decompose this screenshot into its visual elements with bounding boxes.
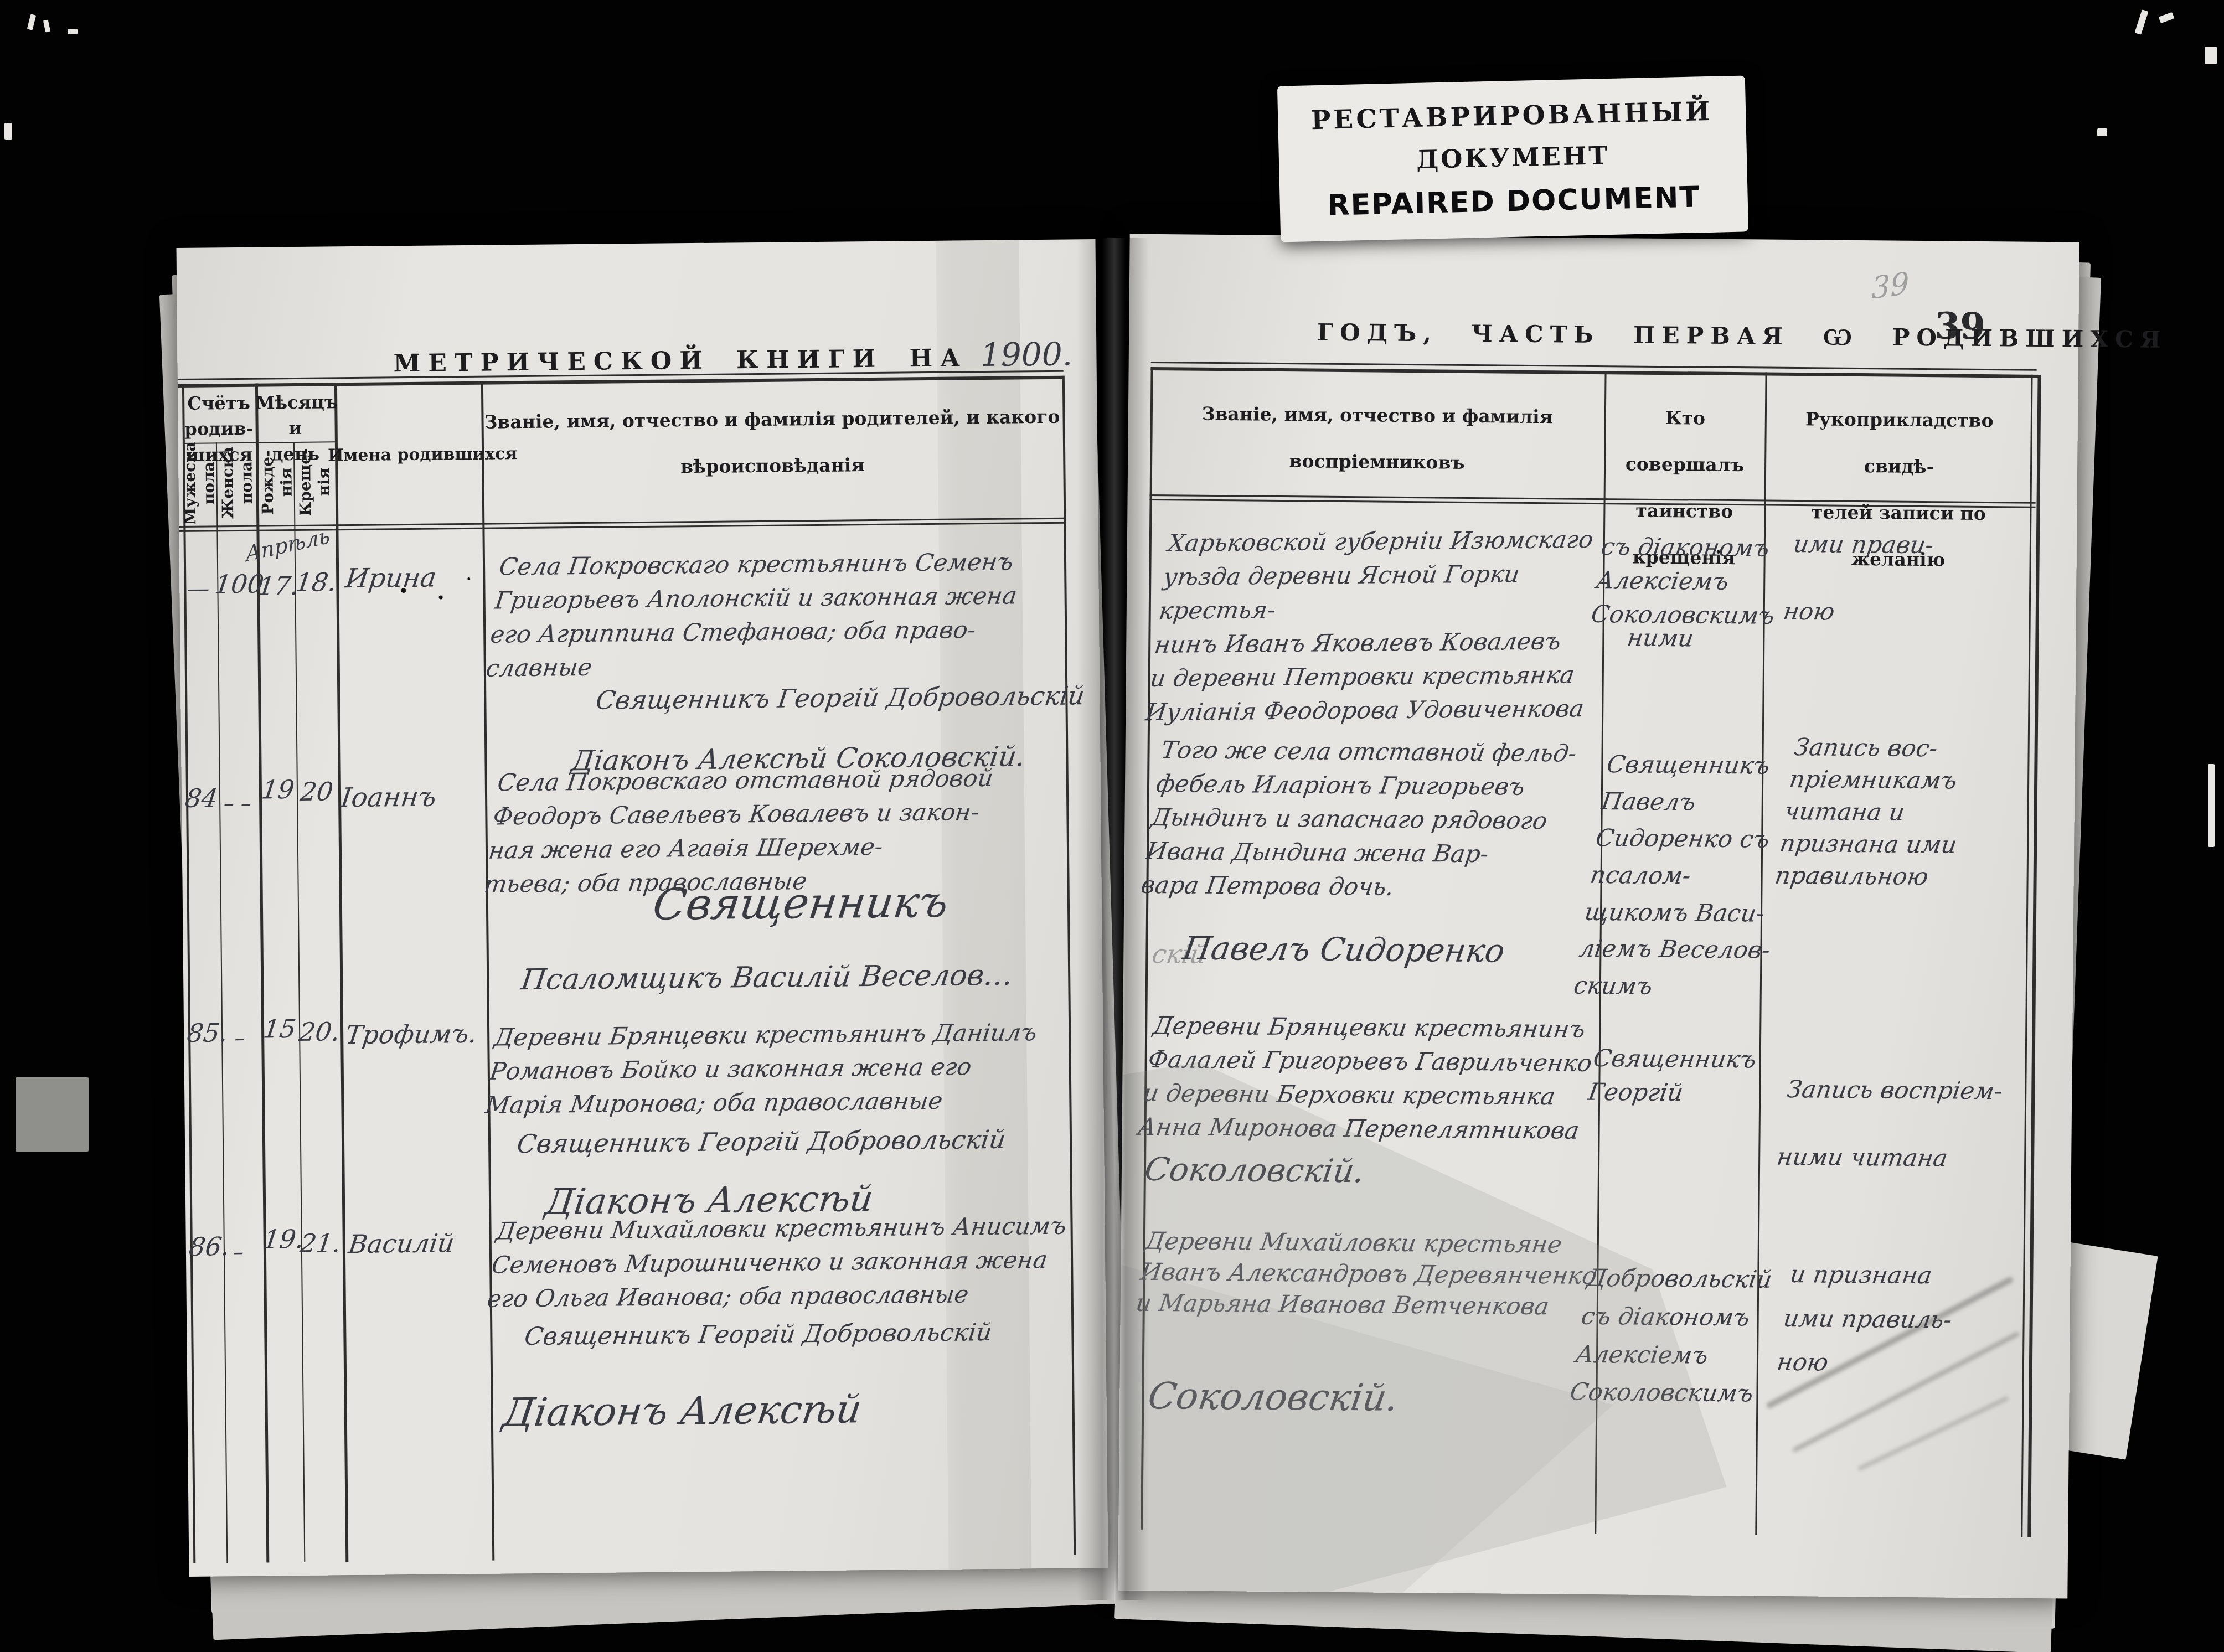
photo-artifact bbox=[27, 14, 36, 30]
photo-artifact bbox=[4, 123, 12, 140]
entry-baptized-day: 20 bbox=[295, 773, 339, 810]
entry-born-day: 19 bbox=[258, 772, 298, 808]
table-rule bbox=[334, 383, 348, 1562]
entry-clergy: Діаконъ Алексѣй bbox=[499, 1382, 865, 1441]
folio-number-pencil: 39 bbox=[1871, 262, 1910, 311]
entry-parents: Деревни Михайловки крестьянинъ Анисимъ С… bbox=[485, 1209, 1079, 1316]
col-header-male: Мужеска пола bbox=[180, 441, 219, 525]
ink-blot bbox=[439, 595, 443, 599]
ink-blot bbox=[467, 577, 470, 580]
entry-female-no: – bbox=[218, 1237, 259, 1268]
entry-clergy: Священникъ Георгій Добровольскій bbox=[515, 1122, 1008, 1163]
archive-label-text-ru1: РЕСТАВРИРОВАННЫЙ bbox=[1278, 95, 1746, 136]
entry-godparents: Деревни Михайловки крестьяне Иванъ Алекс… bbox=[1134, 1226, 1607, 1323]
entry-clergy: Священникъ Георгій Добровольскій bbox=[522, 1315, 994, 1355]
entry-witness: Запись воспріем- ними читана bbox=[1774, 1073, 2027, 1176]
col-header-names: Имена родившихся bbox=[328, 445, 488, 466]
entry-performed: Священникъ Георгій bbox=[1586, 1042, 1795, 1111]
entry-baptized-day: 20. bbox=[297, 1014, 343, 1050]
photo-artifact bbox=[43, 19, 50, 32]
col-header-parents: Званіе, имя, отчество и фамилія родителе… bbox=[481, 394, 1064, 492]
entry-witness: ими прави- ною bbox=[1781, 528, 2029, 631]
photo-artifact bbox=[2134, 9, 2148, 35]
photo-artifact bbox=[2159, 12, 2175, 23]
col-header-godparents: Званіе, имя, отчество и фамилія воспріем… bbox=[1161, 390, 1593, 487]
table-rule bbox=[216, 442, 228, 1563]
col-header-birth: Рожде- нія bbox=[258, 441, 296, 524]
entry-female-no: – bbox=[220, 1024, 260, 1054]
left-page: МЕТРИЧЕСКОЙ КНИГИ НА 1900. Счётъ родив- … bbox=[177, 239, 1108, 1577]
table-rule bbox=[293, 442, 305, 1562]
entry-clergy: Священникъ bbox=[649, 872, 952, 936]
entry-male-no: — bbox=[181, 573, 216, 605]
table-rule bbox=[182, 384, 195, 1563]
smudge-mark bbox=[1857, 1396, 2009, 1471]
entry-male-no: 85. bbox=[185, 1015, 224, 1051]
entry-witness: и признана ими правиль- ною bbox=[1774, 1253, 2026, 1387]
table-rule bbox=[1141, 367, 1153, 1530]
entry-name: Василій bbox=[347, 1225, 457, 1262]
entry-name: Трофимъ. bbox=[343, 1016, 479, 1054]
entry-signature: Соколовскій. bbox=[1142, 1147, 1368, 1194]
entry-witness: Запись вос- пріемникамъ читана и признан… bbox=[1773, 731, 2035, 894]
entry-signature: Павелъ Сидоренко bbox=[1180, 926, 1508, 974]
col-header-baptism: Креще- нія bbox=[296, 440, 334, 524]
photo-artifact bbox=[68, 29, 78, 34]
entry-parents: Села Покровскаго крестьянинъ Семенъ Григ… bbox=[484, 545, 1072, 686]
archive-label-text-en: REPAIRED DOCUMENT bbox=[1279, 179, 1748, 223]
entry-godparents: Того же села отставной фельд- фебель Ила… bbox=[1139, 734, 1607, 906]
entry-parents: Деревни Брянцевки крестьянинъ Даніилъ Ро… bbox=[483, 1015, 1077, 1122]
entry-baptized-day: 18. bbox=[293, 564, 338, 601]
entry-baptized-day: 21. bbox=[298, 1225, 344, 1262]
entry-performed: Добровольскій съ діакономъ Алексіемъ Сок… bbox=[1567, 1259, 1806, 1413]
entry-signature: Соколовскій. bbox=[1144, 1370, 1402, 1424]
entry-godparents: Деревни Брянцевки крестьянинъ Фалалей Гр… bbox=[1136, 1009, 1615, 1148]
entry-clergy: Псаломщикъ Василій Веселов… bbox=[518, 956, 1015, 1001]
gray-tab bbox=[16, 1077, 89, 1152]
entry-female-no: 100 bbox=[213, 566, 259, 603]
entry-born-day: 15 bbox=[259, 1011, 301, 1047]
page-title-right: ГОДЪ, ЧАСТЬ ПЕРВАЯ Ѡ РОДИВШИХСЯ bbox=[1317, 319, 2168, 354]
photo-artifact bbox=[2205, 47, 2217, 64]
entry-name: Ирина bbox=[343, 559, 439, 597]
entry-performed: съ діакономъ Алексіемъ Соколовскимъ bbox=[1589, 530, 1803, 633]
archive-label: РЕСТАВРИРОВАННЫЙ ДОКУМЕНТ REPAIRED DOCUM… bbox=[1277, 75, 1748, 242]
entry-clergy: Священникъ Георгій Добровольскій bbox=[594, 678, 1087, 719]
entry-female-no: – – bbox=[214, 789, 261, 819]
page-title-year: 1900. bbox=[981, 335, 1073, 374]
entry-name: Іоаннъ bbox=[339, 778, 439, 817]
table-rule bbox=[481, 381, 494, 1561]
photo-artifact bbox=[2097, 128, 2107, 136]
right-page: 39 39 ГОДЪ, ЧАСТЬ ПЕРВАЯ Ѡ РОДИВШИХСЯ Зв… bbox=[1118, 234, 2079, 1599]
entry-born-day: 17. bbox=[256, 568, 296, 605]
archive-photo: МЕТРИЧЕСКОЙ КНИГИ НА 1900. Счётъ родив- … bbox=[0, 0, 2224, 1652]
archive-label-text-ru2: ДОКУМЕНТ bbox=[1278, 137, 1747, 177]
entry-born-day: 19. bbox=[261, 1221, 302, 1258]
photo-artifact bbox=[2208, 764, 2215, 847]
entry-godparents: Харьковской губерніи Изюмскаго уѣзда дер… bbox=[1143, 523, 1613, 730]
col-header-female: Женска пола bbox=[218, 441, 256, 525]
entry-performed: ними bbox=[1625, 621, 1696, 655]
